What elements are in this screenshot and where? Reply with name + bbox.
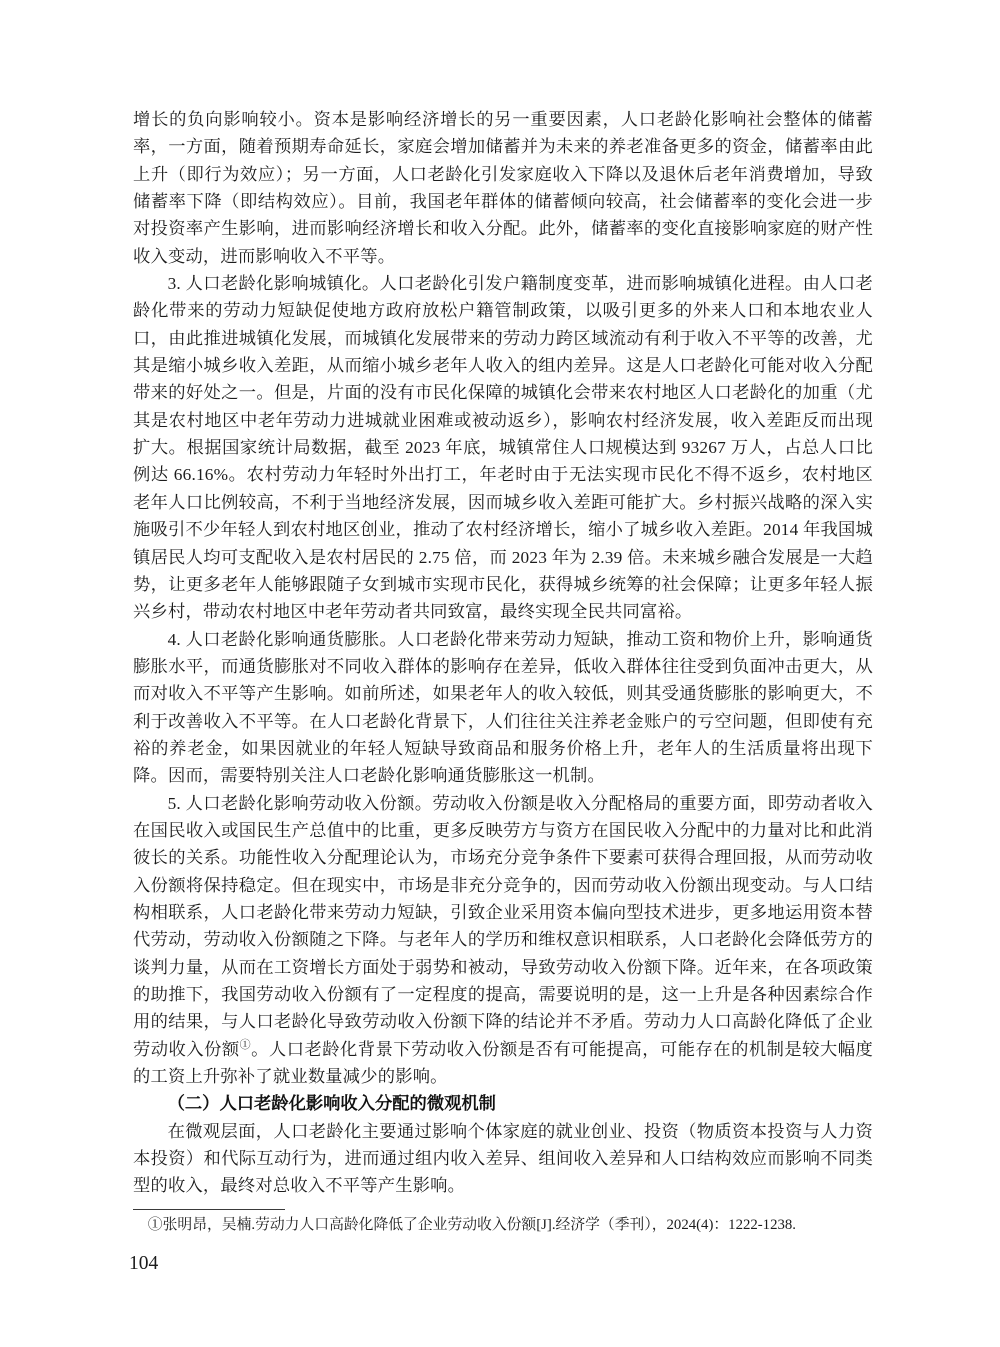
paragraph-savings-rate: 增长的负向影响较小。资本是影响经济增长的另一重要因素，人口老龄化影响社会整体的储… [133, 106, 873, 270]
section-subheading-micro-mechanism: （二）人口老龄化影响收入分配的微观机制 [133, 1090, 873, 1117]
page-number: 104 [129, 1252, 873, 1276]
paragraph-micro-level: 在微观层面，人口老龄化主要通过影响个体家庭的就业创业、投资（物质资本投资与人力资… [133, 1118, 873, 1200]
footnote-text: 张明昂，吴楠.劳动力人口高龄化降低了企业劳动收入份额[J].经济学（季刊），20… [163, 1217, 796, 1233]
paragraph-inflation: 4. 人口老龄化影响通货膨胀。人口老龄化带来劳动力短缺，推动工资和物价上升，影响… [133, 626, 873, 790]
footnote-separator [133, 1209, 285, 1210]
paragraph-labor-income-share: 5. 人口老龄化影响劳动收入份额。劳动收入份额是收入分配格局的重要方面，即劳动者… [133, 790, 873, 1091]
paragraph-labor-income-share-text: 5. 人口老龄化影响劳动收入份额。劳动收入份额是收入分配格局的重要方面，即劳动者… [133, 794, 873, 1059]
footnote-reference-1: ① [240, 1039, 252, 1051]
article-body: 增长的负向影响较小。资本是影响经济增长的另一重要因素，人口老龄化影响社会整体的储… [133, 106, 873, 1276]
paragraph-urbanization: 3. 人口老龄化影响城镇化。人口老龄化引发户籍制度变革，进而影响城镇化进程。由人… [133, 270, 873, 625]
footnote-marker: ① [148, 1217, 163, 1233]
footnote-citation-1: ①张明昂，吴楠.劳动力人口高龄化降低了企业劳动收入份额[J].经济学（季刊），2… [133, 1215, 873, 1236]
document-page: 增长的负向影响较小。资本是影响经济增长的另一重要因素，人口老龄化影响社会整体的储… [0, 0, 1000, 1347]
